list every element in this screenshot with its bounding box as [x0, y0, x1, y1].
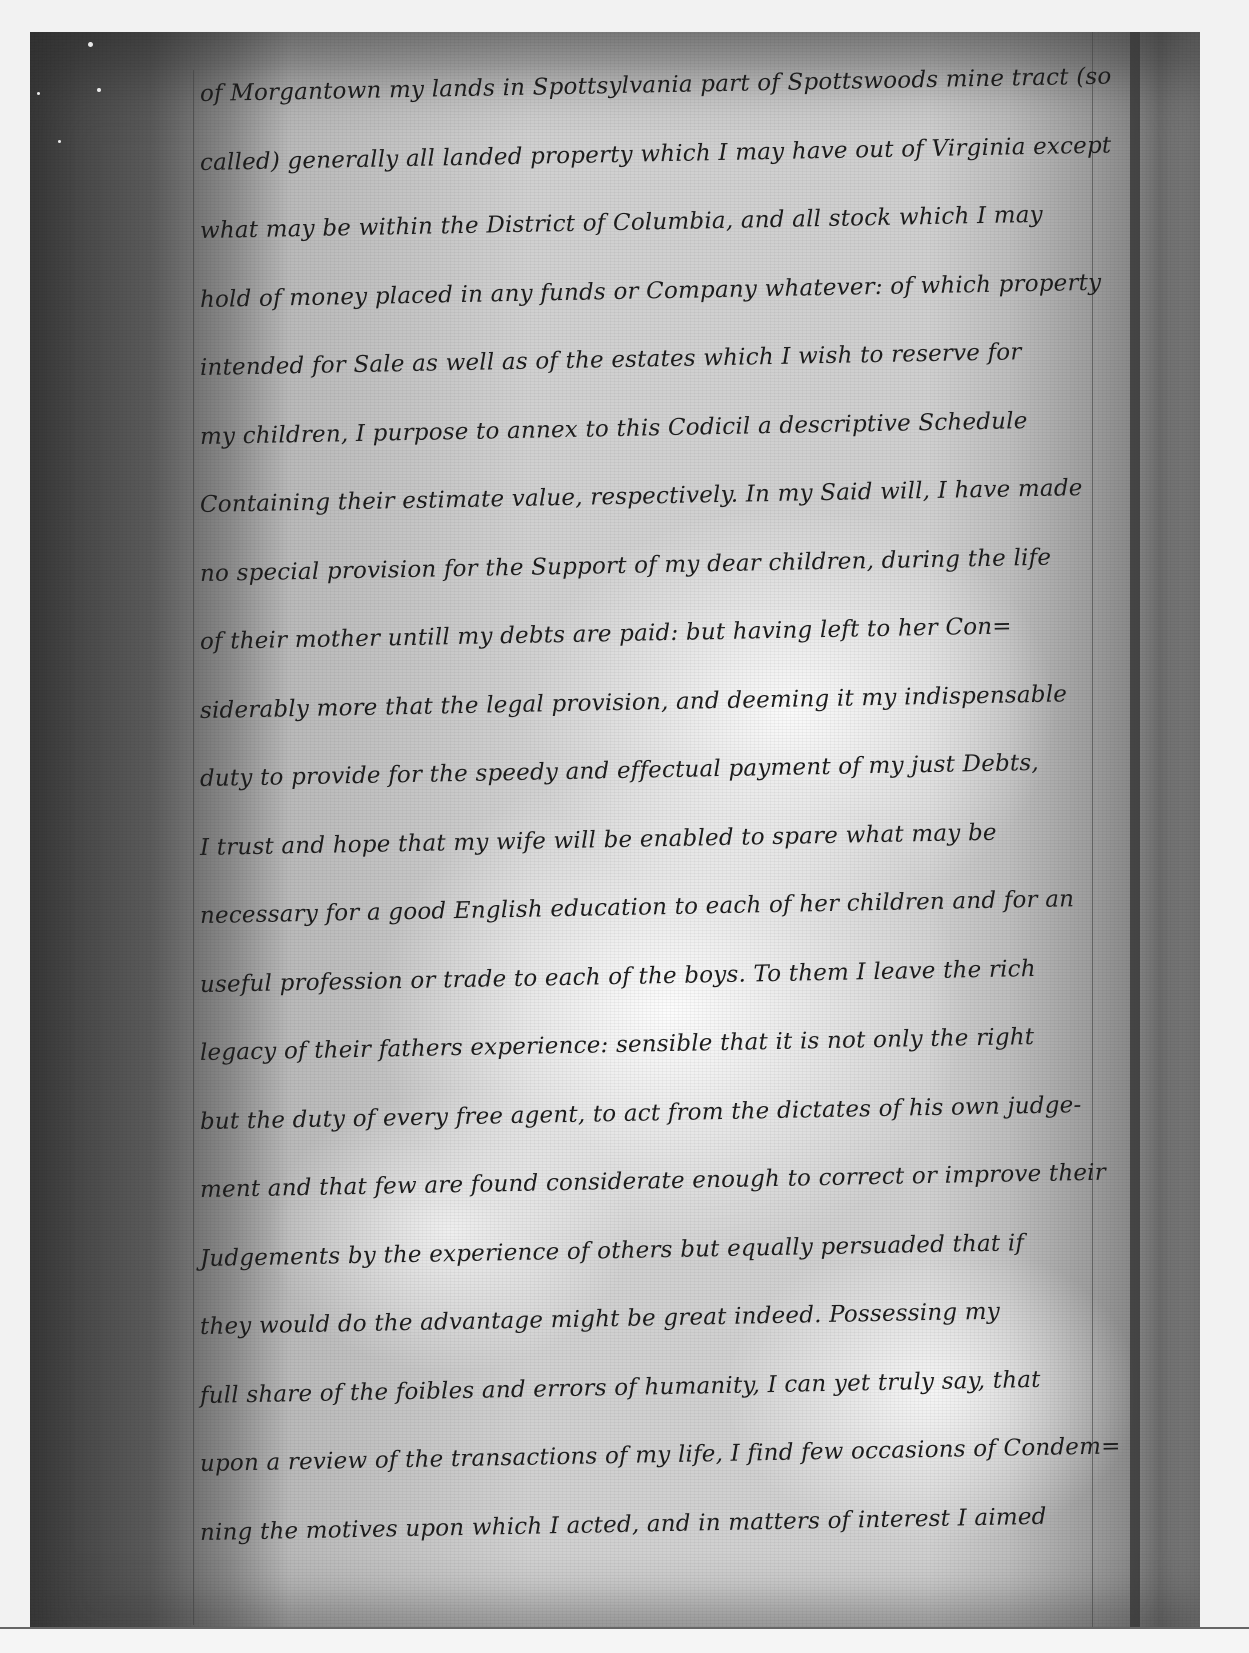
scan-speck [88, 42, 93, 47]
scan-speck [37, 92, 40, 95]
page-bottom-edge [0, 1627, 1249, 1653]
scan-speck [58, 140, 61, 143]
scan-speck [97, 88, 101, 92]
left-margin-rule [193, 70, 194, 1625]
manuscript-text: of Morgantown my lands in Spottsylvania … [200, 60, 1090, 1567]
binding-shadow [1130, 32, 1140, 1627]
